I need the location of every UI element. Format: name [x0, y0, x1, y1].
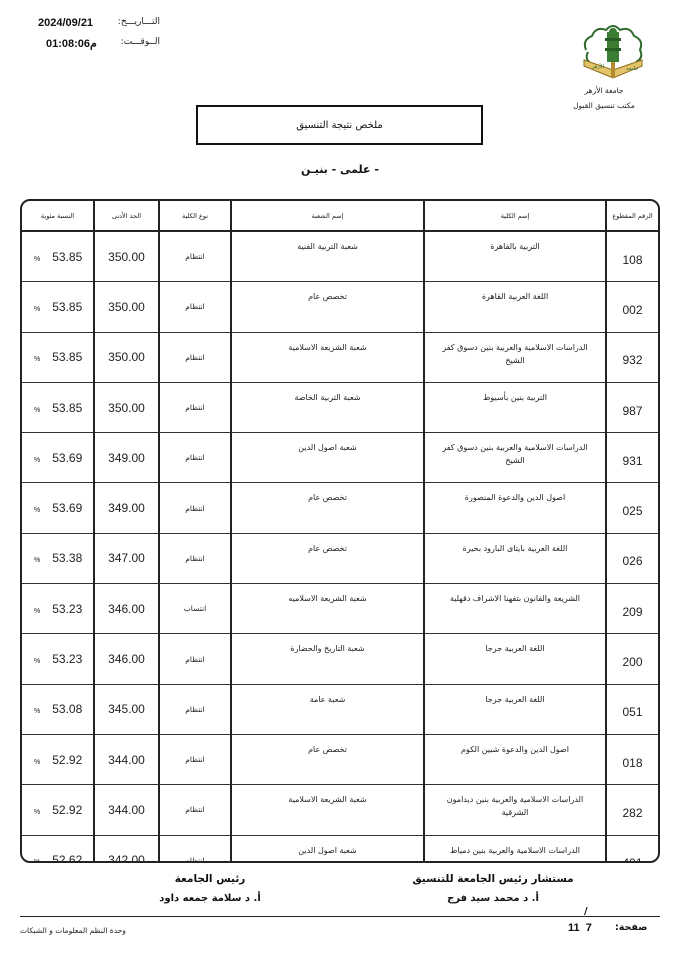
- cell-faculty: التربية بالقاهرة: [424, 231, 606, 282]
- percent-value: 53.23: [52, 652, 82, 666]
- cell-code: 932: [606, 332, 658, 382]
- cell-percent: %53.85: [22, 382, 94, 432]
- cell-percent: %53.38: [22, 533, 94, 583]
- percent-value: 53.85: [52, 300, 82, 314]
- time-value: 01:08:06م: [46, 37, 97, 50]
- percent-value: 53.69: [52, 451, 82, 465]
- percent-value: 52.92: [52, 803, 82, 817]
- cell-type: انتظام: [159, 332, 231, 382]
- percent-sign: %: [34, 608, 40, 615]
- percent-sign: %: [34, 759, 40, 766]
- cell-faculty: اللغة العربية القاهرة: [424, 282, 606, 332]
- cell-faculty: اللغة العربية بايتاى البارود بحيرة: [424, 533, 606, 583]
- cell-faculty: اللغة العربية جرجا: [424, 684, 606, 734]
- cell-division: شعبة اصول الدين: [231, 433, 424, 483]
- percent-sign: %: [34, 658, 40, 665]
- cell-min-score: 346.00: [94, 584, 159, 634]
- percent-sign: %: [34, 557, 40, 564]
- cell-faculty: الدراسات الاسلامية والعربية بنين دسوق كف…: [424, 332, 606, 382]
- percent-sign: %: [34, 809, 40, 816]
- col-header-division: إسم الشعبة: [231, 201, 424, 231]
- table-row: 987التربية بنين بأسيوطشعبة التربية الخاص…: [22, 382, 658, 432]
- page-separator: /: [584, 906, 588, 917]
- cell-division: تخصص عام: [231, 282, 424, 332]
- cell-min-score: 347.00: [94, 533, 159, 583]
- cell-type: انتظام: [159, 785, 231, 835]
- table-row: 018اصول الدين والدعوة شبين الكومتخصص عام…: [22, 734, 658, 784]
- table-row: 108التربية بالقاهرةشعبة التربية الفنيةان…: [22, 231, 658, 282]
- cell-code: 209: [606, 584, 658, 634]
- cell-percent: %53.85: [22, 231, 94, 282]
- cell-faculty: اللغة العربية جرجا: [424, 634, 606, 684]
- signature-left-name: أ. د سلامة جمعه داود: [110, 893, 310, 904]
- cell-division: شعبة الشريعة الاسلامية: [231, 332, 424, 382]
- cell-division: تخصص عام: [231, 483, 424, 533]
- col-header-min-score: الحد الأدنى: [94, 201, 159, 231]
- cell-division: شعبة التربية الخاصة: [231, 382, 424, 432]
- cell-min-score: 350.00: [94, 382, 159, 432]
- cell-percent: %53.69: [22, 433, 94, 483]
- percent-value: 53.85: [52, 250, 82, 264]
- time-row: 01:08:06م الــوقـــت:: [30, 37, 160, 53]
- date-value: 2024/09/21: [38, 17, 93, 29]
- footer-unit: وحدة النظم المعلومات و الشبكات: [20, 926, 126, 935]
- cell-type: انتظام: [159, 483, 231, 533]
- table-row: 209الشريعة والقانون بتفهنا الاشراف دقهلي…: [22, 584, 658, 634]
- table-row: 002اللغة العربية القاهرةتخصص عامانتظام35…: [22, 282, 658, 332]
- percent-value: 53.23: [52, 602, 82, 616]
- page-current: 7: [586, 922, 592, 934]
- report-subtitle: - علمى - بنيـن: [260, 163, 420, 176]
- cell-faculty: التربية بنين بأسيوط: [424, 382, 606, 432]
- page-number: 11 7: [568, 922, 592, 934]
- date-row: 2024/09/21 التـــاريـــخ:: [30, 17, 160, 33]
- svg-text:جامعة: جامعة: [626, 66, 638, 72]
- percent-sign: %: [34, 256, 40, 263]
- cell-percent: %53.85: [22, 282, 94, 332]
- cell-faculty: الدراسات الاسلامية والعربية بنين دمياط: [424, 835, 606, 863]
- cell-code: 051: [606, 684, 658, 734]
- page-total: 11: [568, 922, 580, 934]
- signature-right-title: مستشار رئيس الجامعة للتنسيق: [393, 873, 593, 885]
- cell-faculty: الدراسات الاسلامية والعربية بنين ديدامون…: [424, 785, 606, 835]
- cell-type: انتساب: [159, 584, 231, 634]
- percent-sign: %: [34, 859, 40, 863]
- cell-min-score: 350.00: [94, 332, 159, 382]
- cell-faculty: اصول الدين والدعوة المنصورة: [424, 483, 606, 533]
- col-header-code: الرقم المقطوع: [606, 201, 658, 231]
- percent-sign: %: [34, 407, 40, 414]
- cell-percent: %53.23: [22, 584, 94, 634]
- cell-min-score: 346.00: [94, 634, 159, 684]
- cell-type: انتظام: [159, 634, 231, 684]
- cell-type: انتظام: [159, 734, 231, 784]
- table-row: 025اصول الدين والدعوة المنصورةتخصص عامان…: [22, 483, 658, 533]
- percent-sign: %: [34, 306, 40, 313]
- results-table: الرقم المقطوع إسم الكلية إسم الشعبة نوع …: [20, 199, 660, 863]
- percent-value: 53.85: [52, 350, 82, 364]
- cell-code: 026: [606, 533, 658, 583]
- cell-percent: %52.92: [22, 785, 94, 835]
- cell-type: انتظام: [159, 684, 231, 734]
- cell-percent: %53.69: [22, 483, 94, 533]
- percent-sign: %: [34, 356, 40, 363]
- cell-code: 200: [606, 634, 658, 684]
- cell-code: 025: [606, 483, 658, 533]
- percent-sign: %: [34, 457, 40, 464]
- page-label: صفحة:: [615, 922, 647, 933]
- table-row: 200اللغة العربية جرجاشعبة التاريخ والحضا…: [22, 634, 658, 684]
- cell-code: 282: [606, 785, 658, 835]
- time-label: الــوقـــت:: [121, 37, 160, 47]
- cell-code: 018: [606, 734, 658, 784]
- table-row: 401الدراسات الاسلامية والعربية بنين دميا…: [22, 835, 658, 863]
- cell-min-score: 342.00: [94, 835, 159, 863]
- table-row: 026اللغة العربية بايتاى البارود بحيرةتخص…: [22, 533, 658, 583]
- cell-code: 108: [606, 231, 658, 282]
- cell-code: 401: [606, 835, 658, 863]
- report-title-box: ملخص نتيجة التنسيق: [196, 105, 483, 145]
- percent-value: 53.08: [52, 702, 82, 716]
- col-header-type: نوع الكلية: [159, 201, 231, 231]
- cell-type: انتظام: [159, 835, 231, 863]
- cell-faculty: الشريعة والقانون بتفهنا الاشراف دقهلية: [424, 584, 606, 634]
- cell-type: انتظام: [159, 433, 231, 483]
- cell-division: تخصص عام: [231, 734, 424, 784]
- table-row: 282الدراسات الاسلامية والعربية بنين ديدا…: [22, 785, 658, 835]
- cell-faculty: اصول الدين والدعوة شبين الكوم: [424, 734, 606, 784]
- col-header-faculty: إسم الكلية: [424, 201, 606, 231]
- cell-min-score: 345.00: [94, 684, 159, 734]
- table-row: 051اللغة العربية جرجاشعبة عامةانتظام345.…: [22, 684, 658, 734]
- cell-min-score: 350.00: [94, 282, 159, 332]
- footer-divider: [20, 916, 660, 917]
- cell-type: انتظام: [159, 282, 231, 332]
- cell-code: 931: [606, 433, 658, 483]
- percent-value: 53.85: [52, 401, 82, 415]
- signature-left-title: رئيس الجامعة: [110, 873, 310, 885]
- cell-division: شعبة اصول الدين: [231, 835, 424, 863]
- report-title: ملخص نتيجة التنسيق: [296, 120, 383, 131]
- cell-min-score: 344.00: [94, 734, 159, 784]
- cell-type: انتظام: [159, 382, 231, 432]
- cell-percent: %53.23: [22, 634, 94, 684]
- cell-type: انتظام: [159, 533, 231, 583]
- cell-division: شعبة عامة: [231, 684, 424, 734]
- cell-division: شعبة التاريخ والحضارة: [231, 634, 424, 684]
- percent-value: 53.69: [52, 501, 82, 515]
- cell-division: تخصص عام: [231, 533, 424, 583]
- institution-name: جامعة الأزهر: [559, 86, 649, 95]
- cell-code: 987: [606, 382, 658, 432]
- cell-percent: %53.08: [22, 684, 94, 734]
- cell-percent: %52.62: [22, 835, 94, 863]
- percent-value: 53.38: [52, 551, 82, 565]
- cell-code: 002: [606, 282, 658, 332]
- cell-percent: %52.92: [22, 734, 94, 784]
- al-azhar-university-logo-icon: جامعة الأزهر: [578, 22, 648, 82]
- svg-text:الأزهر: الأزهر: [591, 63, 604, 70]
- office-name: مكتب تنسيق القبول: [559, 101, 649, 110]
- table-header-row: الرقم المقطوع إسم الكلية إسم الشعبة نوع …: [22, 201, 658, 231]
- cell-min-score: 350.00: [94, 231, 159, 282]
- cell-division: شعبة الشريعة الاسلاميه: [231, 584, 424, 634]
- percent-sign: %: [34, 507, 40, 514]
- cell-type: انتظام: [159, 231, 231, 282]
- cell-min-score: 349.00: [94, 483, 159, 533]
- percent-value: 52.62: [52, 853, 82, 863]
- cell-percent: %53.85: [22, 332, 94, 382]
- percent-sign: %: [34, 708, 40, 715]
- cell-division: شعبة الشريعة الاسلامية: [231, 785, 424, 835]
- cell-faculty: الدراسات الاسلامية والعربية بنين دسوق كف…: [424, 433, 606, 483]
- col-header-percent: النسبة مئوية: [22, 201, 94, 231]
- cell-min-score: 349.00: [94, 433, 159, 483]
- signature-right-name: أ. د محمد سيد فرج: [393, 893, 593, 904]
- cell-division: شعبة التربية الفنية: [231, 231, 424, 282]
- date-label: التـــاريـــخ:: [118, 17, 160, 27]
- table-row: 931الدراسات الاسلامية والعربية بنين دسوق…: [22, 433, 658, 483]
- table-row: 932الدراسات الاسلامية والعربية بنين دسوق…: [22, 332, 658, 382]
- cell-min-score: 344.00: [94, 785, 159, 835]
- percent-value: 52.92: [52, 753, 82, 767]
